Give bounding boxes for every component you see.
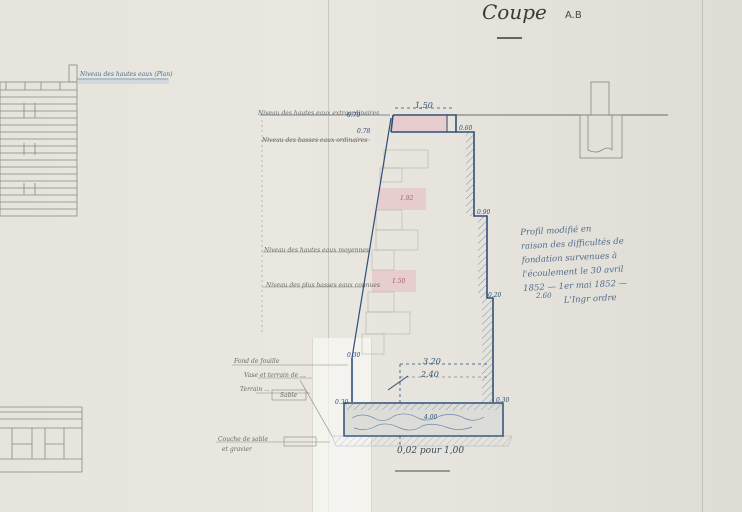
back-hatching bbox=[466, 132, 493, 402]
drawing-sheet: Coupe A.B Profil modifié en raison des d… bbox=[0, 0, 742, 512]
drawing-title: Coupe bbox=[482, 0, 547, 24]
dim-footing-left: 0.30 bbox=[335, 399, 348, 406]
dim-footing-right: 0.30 bbox=[496, 397, 509, 404]
dim-inner-width-b: 1.50 bbox=[392, 278, 405, 285]
note-extra-value: 2.60 bbox=[536, 292, 552, 300]
foundation-label: Vase et terrain de ... bbox=[244, 372, 306, 379]
dim-base-width-2: 2.40 bbox=[421, 370, 439, 379]
level-label: Niveau des hautes eaux (Plan) bbox=[80, 71, 172, 78]
dim-second-level-left: 0.78 bbox=[357, 128, 370, 135]
level-label: Niveau des basses eaux ordinaires bbox=[262, 137, 367, 144]
dim-footing-width: 4.00 bbox=[424, 414, 437, 421]
dim-top-level-left: 0.70 bbox=[347, 112, 360, 119]
dim-step-mid: 0.90 bbox=[477, 209, 490, 216]
level-label: Niveau des plus basses eaux connues bbox=[266, 282, 380, 289]
dim-wall-offset: 0.30 bbox=[347, 352, 360, 359]
foundation-label: et gravier bbox=[222, 446, 252, 453]
masonry-courses bbox=[372, 116, 448, 292]
foundation-label: Sable bbox=[280, 392, 297, 399]
dim-step-top: 0.60 bbox=[459, 125, 472, 132]
level-label: Niveau des hautes eaux extraordinaires bbox=[258, 110, 379, 117]
dim-step-low: 0.20 bbox=[488, 292, 501, 299]
lower-left-elevation bbox=[0, 407, 82, 472]
pile-detail bbox=[580, 82, 622, 158]
dim-inner-width-a: 1.92 bbox=[400, 195, 413, 202]
section-label: A.B bbox=[565, 10, 582, 21]
foundation-label: Couche de sable bbox=[218, 436, 268, 443]
left-elevation bbox=[0, 65, 77, 216]
level-label: Niveau des hautes eaux moyennes bbox=[264, 247, 369, 254]
footing bbox=[332, 403, 512, 446]
foundation-label: Terrain ... bbox=[240, 386, 270, 393]
scale-note: 0,02 pour 1,00 bbox=[397, 446, 464, 456]
foundation-label: Fond de fouille bbox=[234, 358, 279, 365]
dim-top-width: 1,50 bbox=[415, 101, 433, 110]
dim-base-width-1: 3.20 bbox=[423, 357, 441, 366]
